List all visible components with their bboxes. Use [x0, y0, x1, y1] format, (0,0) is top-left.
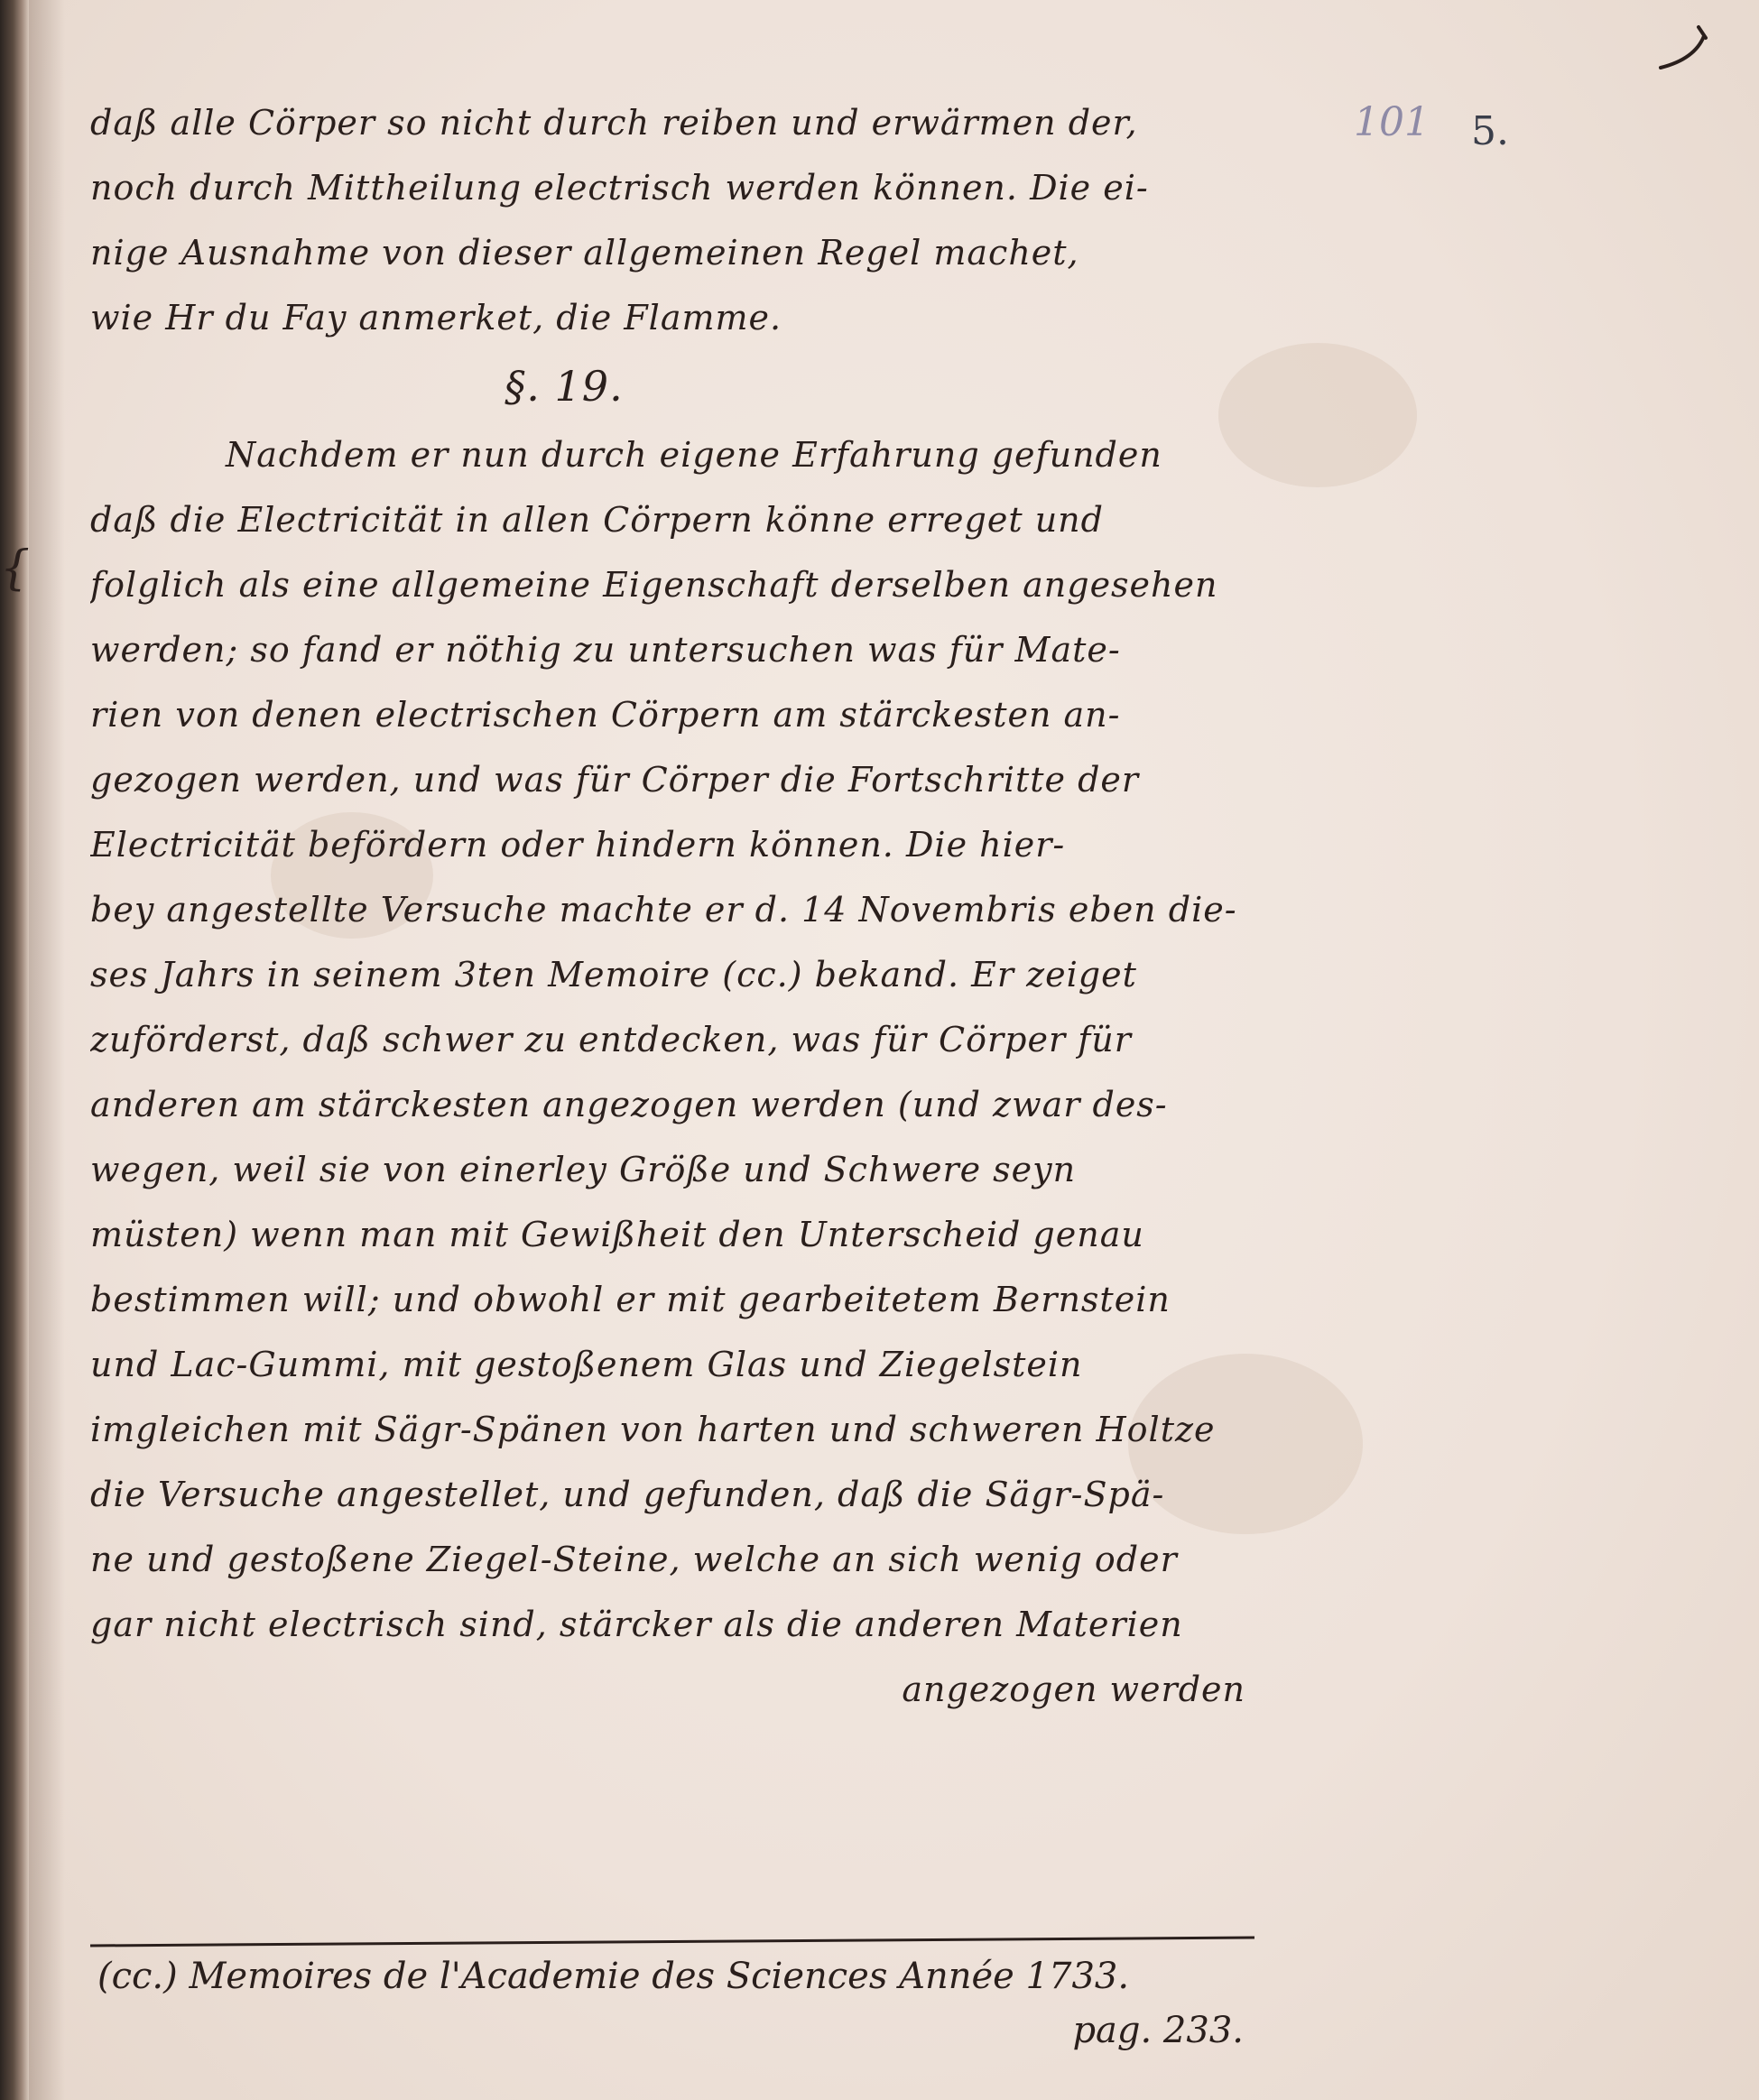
folio-number: 101: [1354, 99, 1430, 145]
footnote-divider: [90, 1936, 1254, 1947]
signature-mark: 5.: [1471, 108, 1509, 154]
catchword: angezogen werden: [90, 1657, 1291, 1722]
book-binding-edge: [0, 0, 29, 2100]
text-line: Electricität befördern oder hindern könn…: [90, 812, 1291, 877]
text-line: bey angestellte Versuche machte er d. 14…: [90, 877, 1291, 942]
footnote: (cc.) Memoires de l'Academie des Science…: [97, 1949, 1271, 2058]
text-line: werden; so fand er nöthig zu untersuchen…: [90, 617, 1291, 682]
text-line: noch durch Mittheilung electrisch werden…: [90, 155, 1291, 220]
manuscript-text: daß alle Cörper so nicht durch reiben un…: [90, 90, 1291, 1722]
text-line: gar nicht electrisch sind, stärcker als …: [90, 1592, 1291, 1657]
section-heading: §. 19.: [90, 350, 1291, 422]
text-line: anderen am stärckesten angezogen werden …: [90, 1072, 1291, 1137]
text-line: wie Hr du Fay anmerket, die Flamme.: [90, 285, 1291, 350]
text-line: ses Jahrs in seinem 3ten Memoire (cc.) b…: [90, 942, 1291, 1007]
manuscript-page: { 101 5. daß alle Cörper so nicht durch …: [0, 0, 1759, 2100]
text-line: ne und gestoßene Ziegel-Steine, welche a…: [90, 1527, 1291, 1592]
text-line: Nachdem er nun durch eigene Erfahrung ge…: [90, 422, 1291, 487]
text-line: wegen, weil sie von einerley Größe und S…: [90, 1137, 1291, 1202]
text-line: nige Ausnahme von dieser allgemeinen Reg…: [90, 220, 1291, 285]
text-line: folglich als eine allgemeine Eigenschaft…: [90, 552, 1291, 617]
text-line: müsten) wenn man mit Gewißheit den Unter…: [90, 1202, 1291, 1267]
text-line: gezogen werden, und was für Cörper die F…: [90, 747, 1291, 812]
text-line: und Lac-Gummi, mit gestoßenem Glas und Z…: [90, 1332, 1291, 1397]
corner-pen-stroke-icon: [1652, 18, 1715, 90]
footnote-citation: (cc.) Memoires de l'Academie des Science…: [97, 1949, 1271, 2003]
text-line: daß alle Cörper so nicht durch reiben un…: [90, 90, 1291, 155]
text-line: imgleichen mit Sägr-Spänen von harten un…: [90, 1397, 1291, 1462]
text-line: zuförderst, daß schwer zu entdecken, was…: [90, 1007, 1291, 1072]
margin-bracket-mark: {: [0, 541, 30, 596]
gutter-shadow: [29, 0, 65, 2100]
text-line: daß die Electricität in allen Cörpern kö…: [90, 487, 1291, 552]
text-line: bestimmen will; und obwohl er mit gearbe…: [90, 1267, 1291, 1332]
text-line: rien von denen electrischen Cörpern am s…: [90, 682, 1291, 747]
text-line: die Versuche angestellet, und gefunden, …: [90, 1462, 1291, 1527]
footnote-page-ref: pag. 233.: [97, 2003, 1271, 2058]
